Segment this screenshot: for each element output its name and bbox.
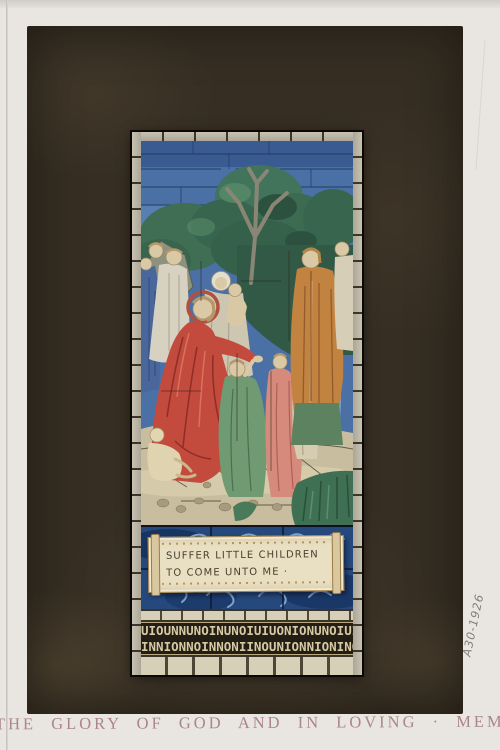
pictorial-scene — [141, 141, 353, 525]
scroll-text-line2: TO COME UNTO ME · — [166, 564, 333, 581]
scan-edge-top — [0, 0, 500, 8]
scroll-banner: SUFFER LITTLE CHILDREN TO COME UNTO ME · — [148, 535, 345, 593]
ornament-band: SUFFER LITTLE CHILDREN TO COME UNTO ME · — [141, 525, 353, 609]
standing-woman — [291, 242, 353, 445]
brick-course-upper — [141, 609, 353, 622]
panel-frame-left — [132, 132, 141, 675]
paper-sheet: SUFFER LITTLE CHILDREN TO COME UNTO ME ·… — [0, 0, 500, 750]
paper-crease-line — [475, 40, 485, 170]
brick-course-lower — [141, 655, 353, 675]
scroll-text-line1: SUFFER LITTLE CHILDREN — [166, 547, 333, 564]
stained-glass-panel: SUFFER LITTLE CHILDREN TO COME UNTO ME ·… — [132, 132, 362, 675]
dedication-inscription: THE GLORY OF GOD AND IN LOVING · MEM — [0, 712, 500, 735]
dark-wash-background: SUFFER LITTLE CHILDREN TO COME UNTO ME ·… — [27, 26, 463, 714]
frieze-pattern-row2: INNIONNOINNONIINOUNIONNIONINOU — [141, 639, 353, 655]
paper-edge-shadow — [6, 0, 8, 750]
panel-frame-right — [353, 132, 362, 675]
panel-frame-top — [132, 132, 362, 141]
frieze-pattern-row1: UIOUNNUNOINUNOIUIUONIONUNOIUIO — [141, 623, 353, 639]
scene-illustration — [141, 141, 353, 525]
meander-frieze: UIOUNNUNOINUNOIUIUONIONUNOIUIO INNIONNOI… — [141, 622, 353, 655]
